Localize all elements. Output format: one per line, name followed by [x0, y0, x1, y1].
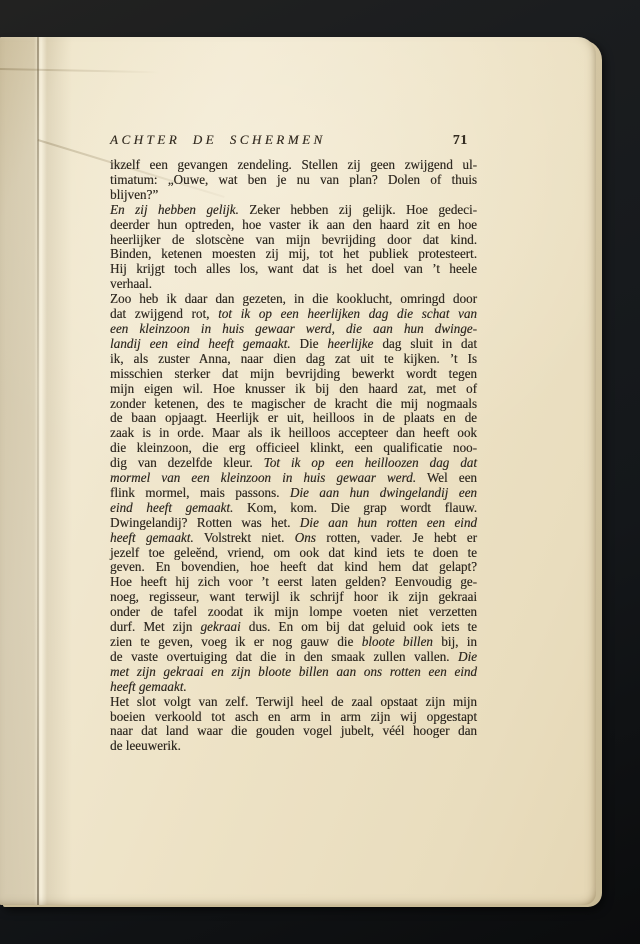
text-segment: geven. En bovendien, hoe heeft dat kind … [110, 559, 477, 574]
text-segment: dus. En om bij dat geluid ook iets te [241, 619, 477, 634]
italic-text-segment: mormel van een kleinzoon in huis gewaar … [110, 470, 416, 485]
text-segment: flink mormel, mais passons. [110, 485, 290, 500]
text-segment: Die [291, 336, 328, 351]
text-line: die kleinzoon, die erg officieel klinkt,… [110, 441, 477, 456]
text-line: misschien sterker dat mijn bevrijding be… [110, 367, 477, 382]
photo-background: ACHTER DE SCHERMEN 71 ikzelf een gevange… [0, 0, 640, 944]
text-segment: Hoe heeft hij zich voor ’t eerst laten g… [110, 574, 477, 589]
page-gutter-shadow [0, 37, 72, 905]
text-segment: Kom, kom. Die grap wordt flauw. [233, 500, 477, 515]
text-line: jezelf toe geleĕnd, vriend, om ook dat k… [110, 546, 477, 561]
text-segment: ikzelf een gevangen zendeling. Stellen z… [110, 157, 477, 172]
text-line: Hoe heeft hij zich voor ’t eerst laten g… [110, 575, 477, 590]
text-line: noeg, regisseur, want terwijl ik schrijf… [110, 590, 477, 605]
text-segment: timatum: „Ouwe, wat ben je nu van plan? … [110, 172, 477, 187]
text-segment: Dwingelandij? Rotten was het. [110, 515, 300, 530]
text-line: dat zwijgend rot, tot ik op een heerlijk… [110, 307, 477, 322]
text-line: mormel van een kleinzoon in huis gewaar … [110, 471, 477, 486]
italic-text-segment: bloote billen [362, 634, 433, 649]
text-segment: noeg, regisseur, want terwijl ik schrijf… [110, 589, 477, 604]
text-segment: zien te geven, voeg ik er nog gauw die [110, 634, 362, 649]
italic-text-segment: Die aan hun dwingelandij een [290, 485, 477, 500]
italic-text-segment: Tot ik op een heilloozen dag dat [264, 455, 477, 470]
text-segment: zonder ketenen, des te magischer de krac… [110, 396, 477, 411]
text-line: heerlijker de slotscène van mijn bevrijd… [110, 233, 477, 248]
text-line: Zoo heb ik daar dan gezeten, in die kook… [110, 292, 477, 307]
text-segment: de leeuwerik. [110, 738, 181, 753]
text-line: heeft gemaakt. [110, 680, 477, 695]
text-line: een kleinzoon in huis gewaar werd, die a… [110, 322, 477, 337]
text-line: dig van dezelfde kleur. Tot ik op een he… [110, 456, 477, 471]
text-segment: bij, in [433, 634, 477, 649]
italic-text-segment: heeft gemaakt. [110, 530, 194, 545]
text-line: blijven?” [110, 188, 477, 203]
text-segment: Zoo heb ik daar dan gezeten, in die kook… [110, 291, 477, 306]
text-segment: dag sluit in dat [373, 336, 477, 351]
text-segment: Volstrekt niet. [194, 530, 295, 545]
text-line: ik, als zuster Anna, naar dien dag zat u… [110, 352, 477, 367]
text-segment: dat zwijgend rot, [110, 306, 218, 321]
book-page: ACHTER DE SCHERMEN 71 ikzelf een gevange… [0, 37, 596, 905]
text-segment: onder de tafel zoodat ik mijn lompe voet… [110, 604, 477, 619]
italic-text-segment: heeft gemaakt. [110, 679, 187, 694]
text-segment: dig van dezelfde kleur. [110, 455, 264, 470]
text-line: ikzelf een gevangen zendeling. Stellen z… [110, 158, 477, 173]
text-line: verhaal. [110, 277, 477, 292]
italic-text-segment: eind heeft gemaakt. [110, 500, 233, 515]
text-segment: zaak is in orde. Maar als ik heilloos ac… [110, 425, 477, 440]
italic-text-segment: landij een eind heeft gemaakt. [110, 336, 291, 351]
text-line: deerder hun optreden, hoe vaster ik aan … [110, 218, 477, 233]
spine-fold-crease [37, 37, 39, 905]
text-segment: Zeker hebben zij gelijk. Hoe gedeci- [239, 202, 477, 217]
italic-text-segment: een kleinzoon in huis gewaar werd, die a… [110, 321, 477, 336]
text-segment: deerder hun optreden, hoe vaster ik aan … [110, 217, 477, 232]
text-segment: ik, als zuster Anna, naar dien dag zat u… [110, 351, 477, 366]
horizontal-paper-crease [0, 68, 160, 73]
italic-text-segment: tot ik op een heerlijken dag die schat v… [218, 306, 477, 321]
text-segment: heerlijker de slotscène van mijn bevrijd… [110, 232, 477, 247]
text-line: met zijn gekraai en zijn bloote billen a… [110, 665, 477, 680]
italic-text-segment: En zij hebben gelijk. [110, 202, 239, 217]
text-line: de vaste overtuiging dat die in den smaa… [110, 650, 477, 665]
text-line: zien te geven, voeg ik er nog gauw die b… [110, 635, 477, 650]
text-segment: Hij krijgt toch alles los, want dat is h… [110, 261, 477, 276]
text-segment: de baan opjaagt. Heerlijk er uit, heillo… [110, 410, 477, 425]
italic-text-segment: gekraai [200, 619, 240, 634]
text-line: Binden, ketenen moesten zij mij, tot het… [110, 247, 477, 262]
body-text: ikzelf een gevangen zendeling. Stellen z… [110, 158, 477, 754]
text-segment: misschien sterker dat mijn bevrijding be… [110, 366, 477, 381]
text-segment: die kleinzoon, die erg officieel klinkt,… [110, 440, 477, 455]
text-segment: blijven?” [110, 187, 158, 202]
text-line: flink mormel, mais passons. Die aan hun … [110, 486, 477, 501]
text-segment: de vaste overtuiging dat die in den smaa… [110, 649, 458, 664]
italic-text-segment: Die [458, 649, 477, 664]
text-line: Het slot volgt van zelf. Terwijl heel de… [110, 695, 477, 710]
text-line: Hij krijgt toch alles los, want dat is h… [110, 262, 477, 277]
text-line: landij een eind heeft gemaakt. Die heerl… [110, 337, 477, 352]
text-line: de leeuwerik. [110, 739, 477, 754]
text-line: heeft gemaakt. Volstrekt niet. Ons rotte… [110, 531, 477, 546]
page-header: ACHTER DE SCHERMEN 71 [110, 133, 476, 147]
text-segment: verhaal. [110, 276, 152, 291]
text-segment: mijn eigen wil. Hoe knusser ik bij den h… [110, 381, 477, 396]
text-line: zonder ketenen, des te magischer de krac… [110, 397, 477, 412]
text-line: de baan opjaagt. Heerlijk er uit, heillo… [110, 411, 477, 426]
text-line: mijn eigen wil. Hoe knusser ik bij den h… [110, 382, 477, 397]
text-line: En zij hebben gelijk. Zeker hebben zij g… [110, 203, 477, 218]
text-line: onder de tafel zoodat ik mijn lompe voet… [110, 605, 477, 620]
text-line: durf. Met zijn gekraai dus. En om bij da… [110, 620, 477, 635]
text-segment: boeien verkoold tot asch en arm in arm z… [110, 709, 477, 724]
text-line: Dwingelandij? Rotten was het. Die aan hu… [110, 516, 477, 531]
text-segment: Wel een [416, 470, 477, 485]
text-segment: jezelf toe geleĕnd, vriend, om ook dat k… [110, 545, 477, 560]
text-line: naar dat land waar die gouden vogel jube… [110, 724, 477, 739]
text-line: boeien verkoold tot asch en arm in arm z… [110, 710, 477, 725]
text-line: timatum: „Ouwe, wat ben je nu van plan? … [110, 173, 477, 188]
page-number: 71 [453, 133, 476, 147]
text-segment: durf. Met zijn [110, 619, 200, 634]
text-segment: Het slot volgt van zelf. Terwijl heel de… [110, 694, 477, 709]
text-segment: naar dat land waar die gouden vogel jube… [110, 723, 477, 738]
text-segment: Binden, ketenen moesten zij mij, tot het… [110, 246, 477, 261]
italic-text-segment: heerlijke [327, 336, 373, 351]
text-line: eind heeft gemaakt. Kom, kom. Die grap w… [110, 501, 477, 516]
italic-text-segment: met zijn gekraai en zijn bloote billen a… [110, 664, 477, 679]
text-line: zaak is in orde. Maar als ik heilloos ac… [110, 426, 477, 441]
running-header-title: ACHTER DE SCHERMEN [110, 133, 326, 146]
italic-text-segment: Ons [295, 530, 316, 545]
text-segment: rotten, vader. Je hebt er [316, 530, 477, 545]
text-line: geven. En bovendien, hoe heeft dat kind … [110, 560, 477, 575]
italic-text-segment: Die aan hun rotten een eind [300, 515, 477, 530]
